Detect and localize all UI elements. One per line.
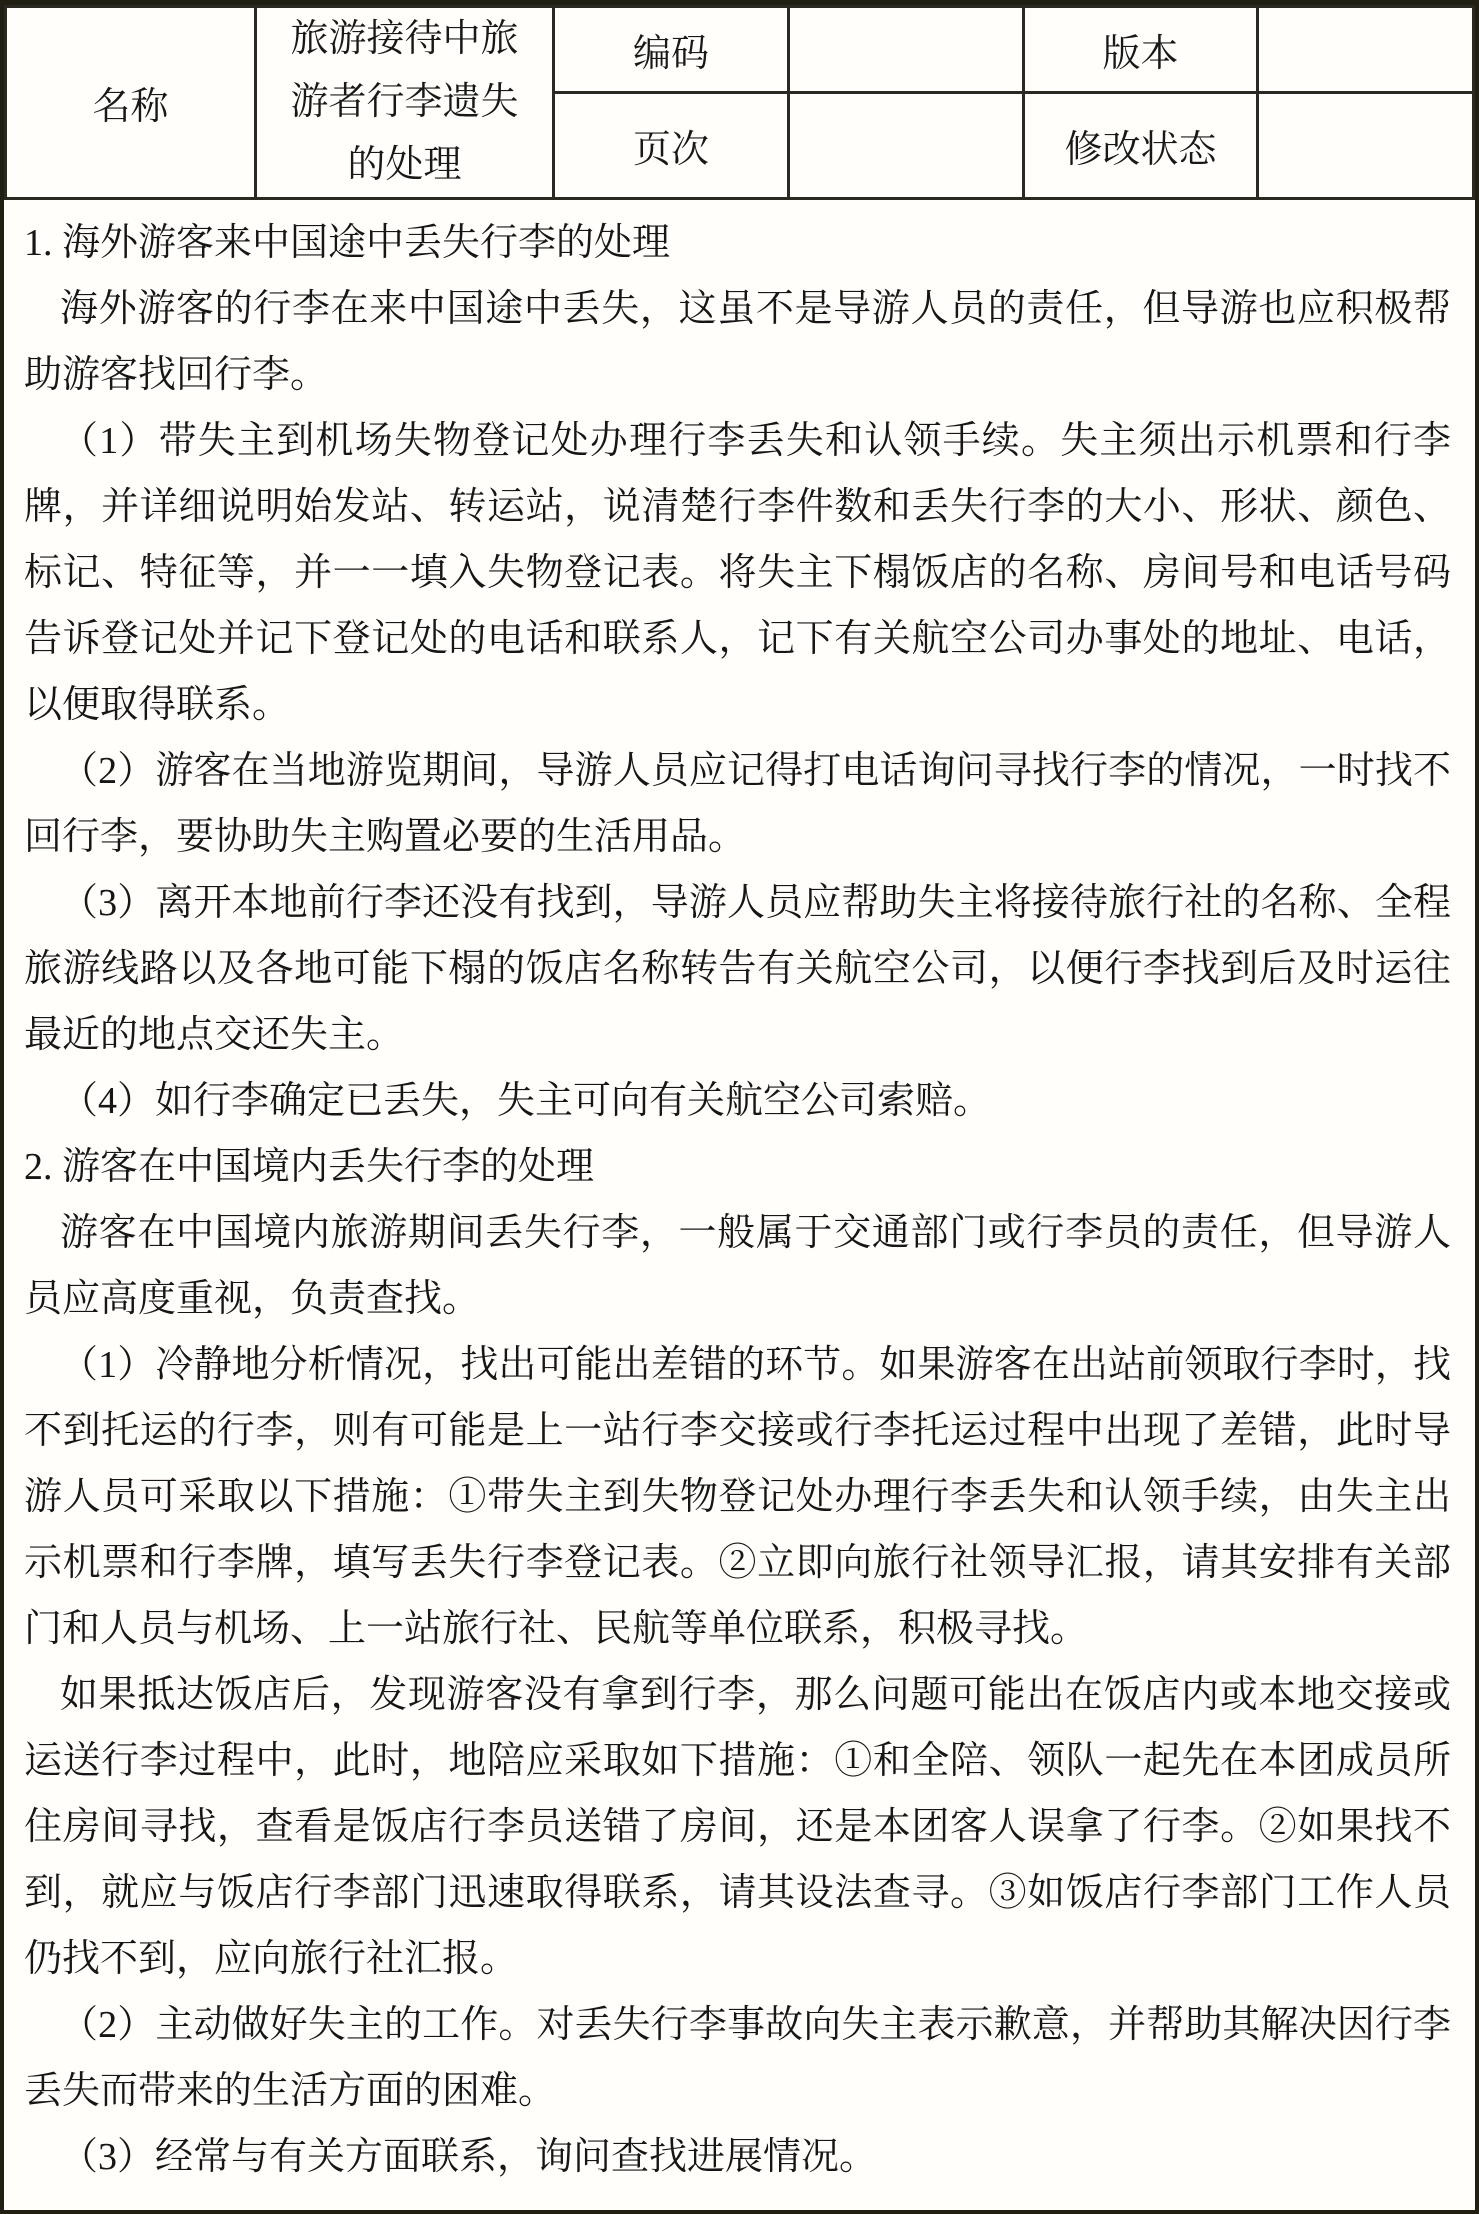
document-body: 1. 海外游客来中国途中丢失行李的处理 海外游客的行李在来中国途中丢失，这虽不是… [4,200,1475,2190]
revision-value-cell [1258,93,1474,199]
revision-label: 修改状态 [1064,129,1216,171]
section-2-intro: 游客在中国境内旅游期间丢失行李，一般属于交通部门或行李员的责任，但导游人员应高度… [24,1200,1451,1332]
doc-title-line: 游者行李遗失 [257,71,552,134]
code-value-cell [789,7,1024,93]
version-label: 版本 [1102,33,1178,75]
revision-label-cell: 修改状态 [1024,93,1258,199]
section-2-heading: 2. 游客在中国境内丢失行李的处理 [24,1134,1451,1200]
code-label: 编码 [633,33,709,75]
section-1-heading: 1. 海外游客来中国途中丢失行李的处理 [24,210,1451,276]
doc-title-line: 的处理 [257,134,552,197]
name-label: 名称 [92,86,168,128]
version-value-cell [1258,7,1474,93]
page-label-cell: 页次 [554,93,789,199]
section-2-item-1: （1）冷静地分析情况，找出可能出差错的环节。如果游客在出站前领取行李时，找不到托… [24,1332,1451,1662]
section-1-item-4: （4）如行李确定已丢失，失主可向有关航空公司索赔。 [24,1068,1451,1134]
section-2-item-1-continued: 如果抵达饭店后，发现游客没有拿到行李，那么问题可能出在饭店内或本地交接或运送行李… [24,1662,1451,1992]
section-1-item-3: （3）离开本地前行李还没有找到，导游人员应帮助失主将接待旅行社的名称、全程旅游线… [24,870,1451,1068]
doc-title-line: 旅游接待中旅 [257,8,552,71]
doc-title-cell: 旅游接待中旅 游者行李遗失 的处理 [256,7,554,199]
section-1-intro: 海外游客的行李在来中国途中丢失，这虽不是导游人员的责任，但导游也应积极帮助游客找… [24,276,1451,408]
page-label: 页次 [633,129,709,171]
section-2-item-3: （3）经常与有关方面联系，询问查找进展情况。 [24,2124,1451,2190]
section-1-item-1: （1）带失主到机场失物登记处办理行李丢失和认领手续。失主须出示机票和行李牌，并详… [24,408,1451,738]
section-2-item-2: （2）主动做好失主的工作。对丢失行李事故向失主表示歉意，并帮助其解决因行李丢失而… [24,1992,1451,2124]
version-label-cell: 版本 [1024,7,1258,93]
document-header-table: 名称 旅游接待中旅 游者行李遗失 的处理 编码 版本 页次 [4,5,1475,200]
document-page: 名称 旅游接待中旅 游者行李遗失 的处理 编码 版本 页次 [0,0,1479,2214]
code-label-cell: 编码 [554,7,789,93]
section-1-item-2: （2）游客在当地游览期间，导游人员应记得打电话询问寻找行李的情况，一时找不回行李… [24,738,1451,870]
name-label-cell: 名称 [6,7,256,199]
page-value-cell [789,93,1024,199]
